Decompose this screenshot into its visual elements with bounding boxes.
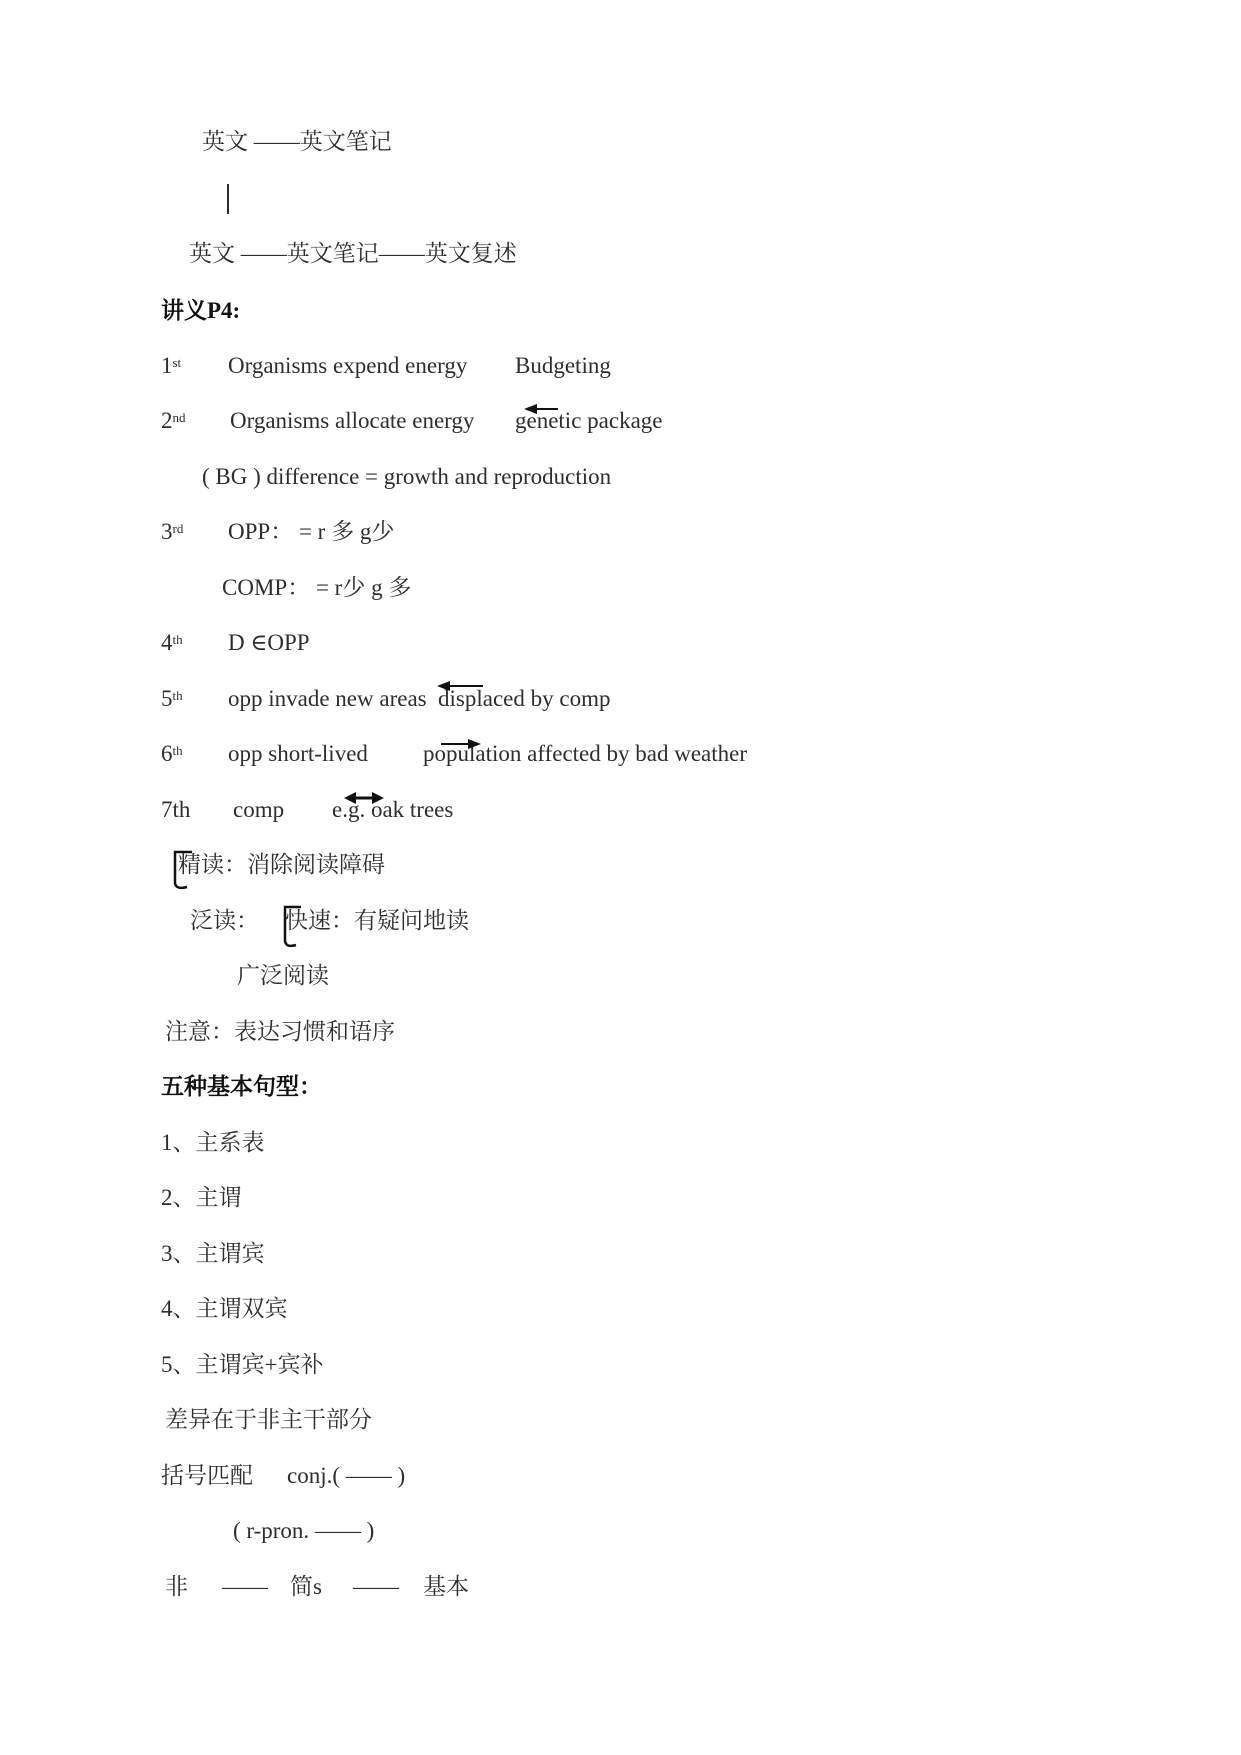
line-label: 泛读：	[190, 907, 259, 936]
left-arrow-icon	[437, 679, 485, 691]
list-item-pattern-5: 5、主谓宾+宾补	[0, 1351, 1241, 1385]
line-text: Organisms expend energy	[228, 352, 467, 381]
ordinal-num: 6	[161, 741, 173, 766]
line-text: 1、主系表	[161, 1129, 265, 1158]
ordinal-num: 3	[161, 519, 173, 544]
line-bg-difference: ( BG ) difference = growth and reproduct…	[0, 463, 1241, 497]
list-item-pattern-2: 2、主谓	[0, 1184, 1241, 1218]
heading-handout-p4: 讲义P4:	[0, 297, 1241, 331]
line-text: Organisms allocate energy	[230, 407, 474, 436]
line-text: 广泛阅读	[237, 962, 329, 991]
line-bracket-matching: 括号匹配 conj.( —— )	[0, 1462, 1241, 1496]
ordinal-num: 4	[161, 630, 173, 655]
line-text: 非	[165, 1573, 188, 1602]
line-text: 差异在于非主干部分	[165, 1406, 372, 1435]
line-text: Budgeting	[515, 352, 611, 381]
ordinal-1st: 1st	[161, 352, 181, 381]
ordinal-num: 5	[161, 686, 173, 711]
notes-page: 英文 ——英文笔记 英文 ——英文笔记——英文复述 讲义P4: 1st Orga…	[0, 0, 1241, 1755]
dash-connector: ——	[222, 1573, 268, 1602]
line-english-notes: 英文 ——英文笔记	[0, 128, 1241, 162]
ordinal-num: 2	[161, 408, 173, 433]
line-text: 5、主谓宾+宾补	[161, 1351, 323, 1380]
line-comp: COMP： = r少 g 多	[0, 574, 1241, 608]
line-text: 基本	[423, 1573, 469, 1602]
ordinal-suffix: th	[173, 743, 183, 758]
line-text: ( BG ) difference = growth and reproduct…	[202, 463, 611, 492]
line-text: D ∈OPP	[228, 629, 310, 658]
line-7th: 7th comp e.g. oak trees	[0, 796, 1241, 830]
line-wide-reading: 广泛阅读	[0, 962, 1241, 996]
line-3rd: 3rd OPP： = r 多 g少	[0, 518, 1241, 552]
line-1st: 1st Organisms expend energy Budgeting	[0, 352, 1241, 386]
line-text: opp short-lived	[228, 740, 368, 769]
line-text: 快速：有疑问地读	[285, 907, 469, 936]
line-text: 4、主谓双宾	[161, 1295, 288, 1324]
line-text: 英文 ——英文笔记——英文复述	[189, 240, 517, 269]
line-intensive-reading: 精读：消除阅读障碍	[0, 851, 1241, 885]
line-2nd: 2nd Organisms allocate energy genetic pa…	[0, 407, 1241, 441]
line-text: 3、主谓宾	[161, 1240, 265, 1269]
double-arrow-icon	[344, 791, 384, 805]
ordinal-3rd: 3rd	[161, 518, 183, 547]
line-6th: 6th opp short-lived population affected …	[0, 740, 1241, 774]
list-item-pattern-4: 4、主谓双宾	[0, 1295, 1241, 1329]
ordinal-4th: 4th	[161, 629, 183, 658]
list-item-pattern-1: 1、主系表	[0, 1129, 1241, 1163]
line-5th: 5th opp invade new areas displaced by co…	[0, 685, 1241, 719]
line-text: ( r-pron. —— )	[233, 1517, 374, 1546]
line-text: conj.( —— )	[287, 1462, 405, 1491]
line-r-pron: ( r-pron. —— )	[0, 1517, 1241, 1551]
line-english-notes-retell: 英文 ——英文笔记——英文复述	[0, 240, 1241, 274]
line-text: OPP： = r 多 g少	[228, 518, 394, 547]
line-note-habits: 注意：表达习惯和语序	[0, 1018, 1241, 1052]
left-arrow-icon	[524, 402, 560, 414]
line-fei-jian-jiben: 非 —— 简s —— 基本	[0, 1573, 1241, 1607]
line-text: COMP： = r少 g 多	[222, 574, 411, 603]
line-text: 简s	[290, 1573, 322, 1602]
right-arrow-icon	[441, 737, 481, 749]
line-difference-note: 差异在于非主干部分	[0, 1406, 1241, 1440]
line-4th: 4th D ∈OPP	[0, 629, 1241, 663]
heading-text: 讲义P4:	[161, 297, 240, 326]
dash-connector: ——	[353, 1573, 399, 1602]
ordinal-num: 1	[161, 353, 173, 378]
ordinal-suffix: st	[173, 355, 182, 370]
ordinal-2nd: 2nd	[161, 407, 186, 436]
ordinal-suffix: nd	[173, 410, 186, 425]
ordinal-6th: 6th	[161, 740, 183, 769]
ordinal-suffix: th	[173, 632, 183, 647]
list-item-pattern-3: 3、主谓宾	[0, 1240, 1241, 1274]
ordinal-suffix: th	[173, 688, 183, 703]
ordinal-5th: 5th	[161, 685, 183, 714]
line-extensive-reading: 泛读： 快速：有疑问地读	[0, 907, 1241, 941]
line-text: 英文 ——英文笔记	[202, 128, 392, 157]
line-text: 精读：消除阅读障碍	[178, 851, 385, 880]
connector-vertical-bar	[227, 184, 229, 214]
line-text: opp invade new areas	[228, 685, 427, 714]
line-label: 括号匹配	[161, 1462, 253, 1491]
line-text: 注意：表达习惯和语序	[165, 1018, 395, 1047]
heading-five-sentence-patterns: 五种基本句型：	[0, 1073, 1241, 1107]
line-text: 2、主谓	[161, 1184, 242, 1213]
line-text: comp	[233, 796, 284, 825]
ordinal-7th: 7th	[161, 796, 190, 825]
heading-text: 五种基本句型：	[161, 1073, 322, 1102]
ordinal-suffix: rd	[173, 521, 184, 536]
